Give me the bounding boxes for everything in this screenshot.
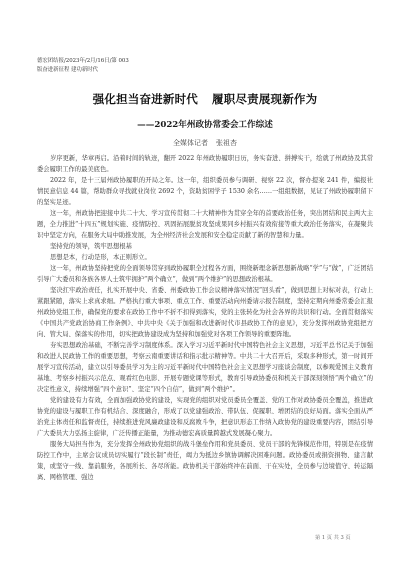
title-part-2: 履职尽责展现新作为	[212, 92, 317, 106]
paragraph: 这一年，州政协把迎接中共二十大、学习宣传贯彻二十大精神作为贯穿全年的首要政治任务…	[37, 208, 373, 241]
page-indicator: 第 1 页 共 3 页	[315, 534, 351, 541]
article-body: 岁序更新，华章再启。沿着时间的轨迹，翻开 2022 年州政协履职日历，务实奋进、…	[37, 153, 373, 483]
section-heading: 坚持党的领导，筑牢思想根基	[37, 241, 373, 252]
title-part-1: 强化担当奋进新时代	[93, 92, 198, 106]
section-line: 版奋进新征程 建功新时代	[37, 66, 98, 75]
paragraph: 服务大局担当作为，充分发挥全州政协党组织的战斗堡垒作用和党员委员、党员干部的先锋…	[37, 439, 373, 483]
document-page: 德宏团结报/2023年/2月/16日/第 003 版奋进新征程 建功新时代 强化…	[0, 0, 410, 580]
byline-role: 全媒体记者	[173, 139, 208, 147]
byline: 全媒体记者张祖杏	[0, 138, 410, 148]
paragraph: 岁序更新，华章再启。沿着时间的轨迹，翻开 2022 年州政协履职日历，务实奋进、…	[37, 153, 373, 175]
paragraph: 思想是本，行动是形，本正则形立。	[37, 252, 373, 263]
paragraph: 夯实思想政治基础，不断完善学习制度体系。深入学习习近平新时代中国特色社会主义思想…	[37, 340, 373, 395]
paragraph: 坚决扛牢政治责任，扎实开展中央、省委、州委政协工作会议精神落实情况“回头看”，做…	[37, 285, 373, 340]
article-title: 强化担当奋进新时代履职尽责展现新作为	[0, 91, 410, 107]
article-subtitle: ——2022年州政协常委会工作综述	[0, 118, 410, 130]
paragraph: 这一年，州政协坚持把党的全面领导贯穿到政协履职全过程各方面，围绕新理念新思想新战…	[37, 263, 373, 285]
source-line: 德宏团结报/2023年/2月/16日/第 003	[37, 57, 129, 66]
byline-name: 张祖杏	[216, 139, 237, 147]
paragraph: 党的建设有力有效，全面加强政协党的建设，实现党的组织对党员委员全覆盖、党的工作对…	[37, 395, 373, 439]
paragraph: 2022 年，是十三届州政协履职的开局之年。这一年，组织委员参与调研、视察 22…	[37, 175, 373, 208]
